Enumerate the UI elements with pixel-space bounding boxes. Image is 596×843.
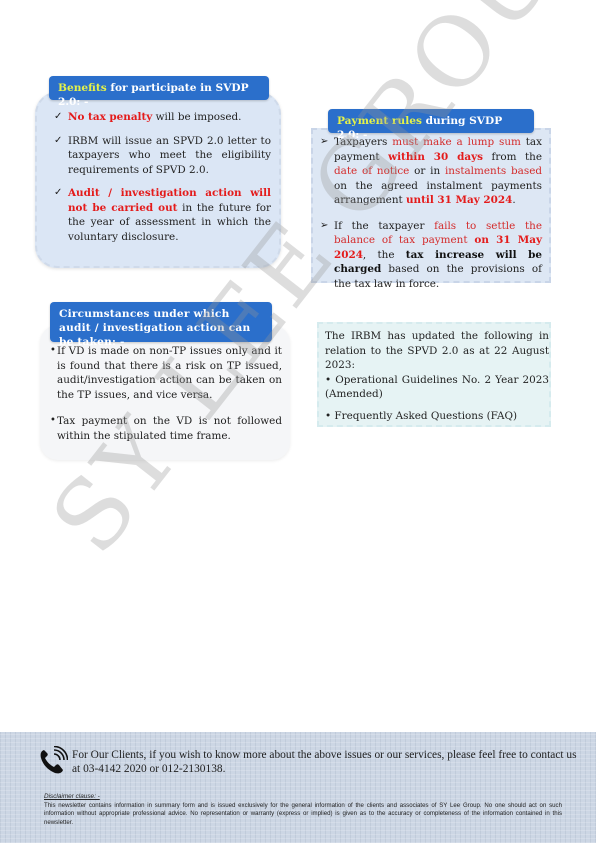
benefits-header: Benefits for participate in SVDP 2.0: - [49, 76, 269, 100]
circumstance-text: Tax payment on the VD is not followed wi… [57, 415, 282, 442]
circumstances-header: Circumstances under which audit / invest… [50, 302, 272, 342]
arrow-bullet-icon: ➢ [320, 219, 328, 234]
payment-rule-item: ➢ If the taxpayer fails to settle the ba… [320, 219, 542, 292]
text: , the [363, 249, 406, 261]
text: . [512, 194, 515, 206]
circumstances-list: • If VD is made on non-TP issues only an… [50, 344, 282, 455]
benefit-item: ✓ Audit / investigation action will not … [54, 186, 271, 244]
text: from the [483, 151, 542, 163]
phone-icon [38, 746, 68, 776]
irbm-update-item: • Frequently Asked Questions (FAQ) [325, 409, 549, 424]
emphasis: must make a lump sum [392, 136, 521, 148]
payment-rule-item: ➢ Taxpayers must make a lump sum tax pay… [320, 135, 542, 208]
irbm-update-item: • Operational Guidelines No. 2 Year 2023… [325, 373, 549, 402]
bullet-icon: • [50, 414, 56, 429]
arrow-bullet-icon: ➢ [320, 135, 328, 150]
checkmark-icon: ✓ [54, 110, 62, 125]
payment-rules-list: ➢ Taxpayers must make a lump sum tax pay… [320, 135, 542, 302]
checkmark-icon: ✓ [54, 134, 62, 149]
emphasis: instalments based [445, 165, 542, 177]
checkmark-icon: ✓ [54, 186, 62, 201]
payment-rules-header: Payment rules during SVDP 2.0: - [328, 109, 534, 133]
contact-text: For Our Clients, if you wish to know mor… [72, 748, 577, 776]
benefits-list: ✓ No tax penalty will be imposed. ✓ IRBM… [54, 110, 271, 253]
benefit-emphasis: No tax penalty [68, 111, 152, 123]
benefit-item: ✓ IRBM will issue an SPVD 2.0 letter to … [54, 134, 271, 178]
bullet-icon: • [50, 344, 56, 359]
disclaimer-text: This newsletter contains information in … [44, 802, 562, 827]
payment-header-highlight: Payment rules [337, 115, 422, 127]
text: If the taxpayer [334, 220, 434, 232]
benefit-item: ✓ No tax penalty will be imposed. [54, 110, 271, 125]
irbm-update-intro: The IRBM has updated the following in re… [325, 329, 549, 373]
circumstance-item: • If VD is made on non-TP issues only an… [50, 344, 282, 402]
circumstance-text: If VD is made on non-TP issues only and … [57, 345, 282, 401]
emphasis: date of notice [334, 165, 409, 177]
benefits-header-highlight: Benefits [58, 82, 107, 94]
benefit-text: will be imposed. [152, 111, 241, 123]
benefit-text: IRBM will issue an SPVD 2.0 letter to ta… [68, 135, 271, 176]
irbm-update-content: The IRBM has updated the following in re… [325, 329, 549, 423]
text: or in [409, 165, 445, 177]
circumstance-item: • Tax payment on the VD is not followed … [50, 414, 282, 443]
emphasis: until 31 May 2024 [406, 194, 512, 206]
disclaimer-title: Disclaimer clause: - [44, 793, 100, 800]
emphasis: within 30 days [388, 151, 483, 163]
